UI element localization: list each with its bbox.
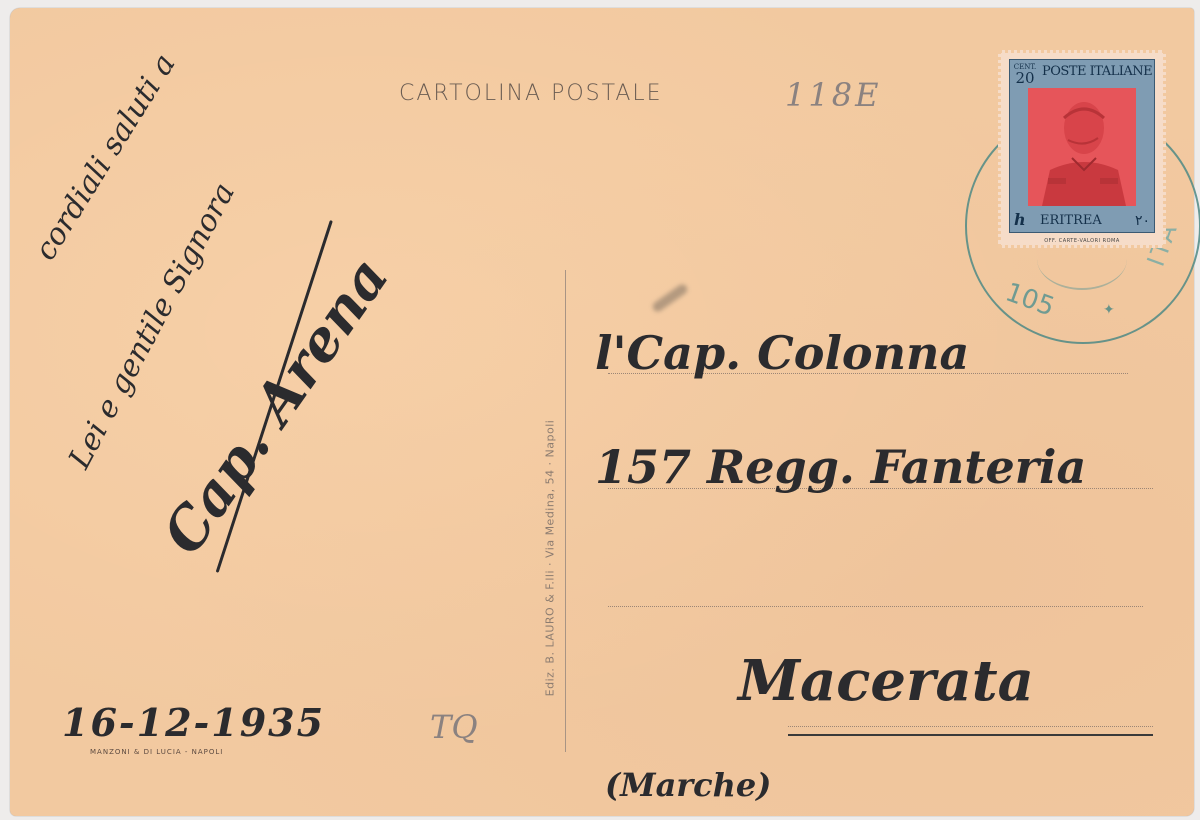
stamp-portrait-image: [1028, 88, 1136, 206]
postcard-title: CARTOLINA POSTALE: [399, 81, 663, 106]
message-date: 16-12-1935: [62, 700, 325, 745]
stamp-frame: CENT. 20 POSTE ITALIANE h ERITREA ٢٠ OFF…: [1009, 59, 1155, 233]
message-line-2: Lei e gentile Signora: [62, 177, 242, 474]
stamp-country: ERITREA: [1040, 213, 1102, 228]
ink-smudge: [651, 282, 690, 313]
address-recipient: l'Cap. Colonna: [595, 326, 969, 380]
stamp-imprint: OFF. CARTE-VALORI ROMA: [1010, 238, 1154, 244]
reference-number: 118E: [785, 76, 881, 114]
message-line-1: cordiali saluti a: [28, 48, 183, 267]
address-region: (Marche): [605, 766, 771, 804]
printer-imprint: MANZONI & DI LUCIA - NAPOLI: [90, 748, 223, 756]
stamp-corner-mark: h: [1014, 210, 1026, 229]
address-unit: 157 Regg. Fanteria: [595, 440, 1086, 494]
publisher-imprint: Ediz. B. LAURO & F.lli · Via Medina, 54 …: [544, 420, 557, 697]
stamp-arabic-value: ٢٠: [1135, 213, 1150, 229]
stamp-denomination-value: 20: [1013, 71, 1037, 85]
city-underline: [788, 734, 1153, 736]
postmark-number: 105: [1001, 277, 1058, 322]
center-divider: [565, 270, 566, 752]
address-line-3-rule: [608, 606, 1143, 607]
address-city: Macerata: [738, 648, 1034, 714]
postage-stamp: CENT. 20 POSTE ITALIANE h ERITREA ٢٠ OFF…: [998, 50, 1166, 248]
pencil-note: TQ: [430, 708, 478, 746]
postmark-star-icon: ✦: [1103, 302, 1115, 318]
postcard: CARTOLINA POSTALE 118E cordiali saluti a…: [10, 8, 1194, 816]
stamp-denomination: CENT. 20: [1013, 63, 1037, 85]
king-portrait-icon: [1028, 88, 1136, 206]
address-line-4-rule: [788, 726, 1153, 727]
stamp-top-label: POSTE ITALIANE: [1042, 64, 1152, 79]
